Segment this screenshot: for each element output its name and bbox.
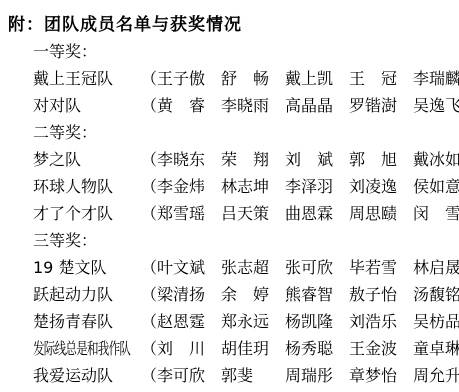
team-name-text: 对对队 <box>33 96 81 115</box>
team-name-text: 戴上王冠队 <box>33 69 113 88</box>
team-members: （赵恩霆 郑永远 杨凯隆 刘浩乐 吴枋品） <box>141 308 459 335</box>
team-row: 楚扬青春队（赵恩霆 郑永远 杨凯隆 刘浩乐 吴枋品） <box>8 308 459 335</box>
team-name: 对对队 <box>33 92 141 119</box>
team-members: （郑雪瑶 吕天策 曲恩霖 周思赜 闵 雪） <box>141 200 459 227</box>
team-name: 19 楚文队 <box>33 254 141 281</box>
team-members: （叶文斌 张志超 张可欣 毕若雪 林启晟） <box>141 254 459 281</box>
document-page: 附：团队成员名单与获奖情况 一等奖：戴上王冠队（王子傲 舒 畅 戴上凯 王 冠 … <box>0 0 459 389</box>
team-row: 跃起动力队（梁清扬 余 婷 熊睿智 敖子怡 汤馥铭） <box>8 281 459 308</box>
team-name: 环球人物队 <box>33 173 141 200</box>
team-members: （黄 睿 李晓雨 高晶晶 罗锴澍 吴逸飞） <box>141 92 459 119</box>
team-members: （王子傲 舒 畅 戴上凯 王 冠 李瑞麟） <box>141 65 459 92</box>
team-members: （刘 川 胡佳玥 杨秀聪 王金波 童卓琳） <box>141 335 459 362</box>
team-name-text: 才了个才队 <box>33 204 113 223</box>
award-sections: 一等奖：戴上王冠队（王子傲 舒 畅 戴上凯 王 冠 李瑞麟）对对队（黄 睿 李晓… <box>8 38 459 389</box>
team-row: 19 楚文队（叶文斌 张志超 张可欣 毕若雪 林启晟） <box>8 254 459 281</box>
team-row: 对对队（黄 睿 李晓雨 高晶晶 罗锴澍 吴逸飞） <box>8 92 459 119</box>
team-name: 发际线总是和我作队 <box>33 335 141 362</box>
team-name-text: 楚扬青春队 <box>33 312 113 331</box>
team-name: 跃起动力队 <box>33 281 141 308</box>
team-row: 戴上王冠队（王子傲 舒 畅 戴上凯 王 冠 李瑞麟） <box>8 65 459 92</box>
team-row: 才了个才队（郑雪瑶 吕天策 曲恩霖 周思赜 闵 雪） <box>8 200 459 227</box>
team-name-text: 梦之队 <box>33 150 81 169</box>
team-name: 才了个才队 <box>33 200 141 227</box>
page-title: 附：团队成员名单与获奖情况 <box>8 12 459 38</box>
team-row: 环球人物队（李金炜 林志坤 李泽羽 刘凌逸 侯如意） <box>8 173 459 200</box>
team-name: 戴上王冠队 <box>33 65 141 92</box>
team-row: 我爱运动队（李可欣 郭斐 周瑞彤 章梦怡 周允升） <box>8 362 459 389</box>
team-name: 梦之队 <box>33 146 141 173</box>
award-heading: 二等奖： <box>8 119 459 146</box>
award-heading: 三等奖： <box>8 227 459 254</box>
team-members: （梁清扬 余 婷 熊睿智 敖子怡 汤馥铭） <box>141 281 459 308</box>
team-row: 梦之队（李晓东 荣 翔 刘 斌 郭 旭 戴冰如） <box>8 146 459 173</box>
team-row: 发际线总是和我作队（刘 川 胡佳玥 杨秀聪 王金波 童卓琳） <box>8 335 459 362</box>
award-heading: 一等奖： <box>8 38 459 65</box>
team-members: （李晓东 荣 翔 刘 斌 郭 旭 戴冰如） <box>141 146 459 173</box>
team-name: 楚扬青春队 <box>33 308 141 335</box>
team-name-text: 发际线总是和我作队 <box>33 335 130 362</box>
team-name: 我爱运动队 <box>33 362 141 389</box>
team-name-text: 我爱运动队 <box>33 366 113 385</box>
team-members: （李金炜 林志坤 李泽羽 刘凌逸 侯如意） <box>141 173 459 200</box>
team-name-text: 19 楚文队 <box>33 258 106 277</box>
team-members: （李可欣 郭斐 周瑞彤 章梦怡 周允升） <box>141 362 459 389</box>
team-name-text: 环球人物队 <box>33 177 113 196</box>
team-name-text: 跃起动力队 <box>33 285 113 304</box>
